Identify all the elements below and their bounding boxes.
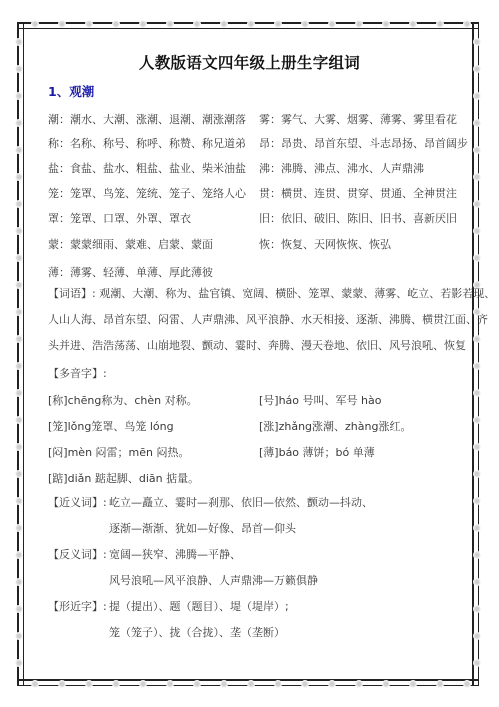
border-dot-icon (473, 92, 481, 100)
border-dot-icon (15, 443, 23, 451)
polyphonic-entry: [称]chēng称为、chèn 对称。 (48, 392, 198, 408)
border-dot-icon (473, 659, 481, 667)
border-dot-icon (15, 173, 23, 181)
border-dot-icon (436, 680, 444, 688)
border-dot-icon (355, 20, 363, 28)
border-dot-icon (473, 578, 481, 586)
border-dot-icon (473, 416, 481, 424)
border-dot-icon (473, 335, 481, 343)
antonyms-line: 宽阔—狭窄、沸腾—平静、 (109, 546, 241, 562)
border-dot-icon (409, 680, 417, 688)
border-dot-icon (15, 470, 23, 478)
border-dot-icon (473, 497, 481, 505)
border-dot-icon (139, 680, 147, 688)
border-dot-icon (473, 200, 481, 208)
page-title: 人教版语文四年级上册生字组词 (0, 51, 499, 73)
char-entry: 称：名称、称号、称呼、称赞、称兄道弟 (48, 135, 246, 151)
antonyms-line: 风号浪吼—风平浪静、人声鼎沸—万籁俱静 (109, 572, 318, 588)
border-dot-icon (473, 119, 481, 127)
border-dot-icon (473, 38, 481, 46)
border-dot-icon (166, 20, 174, 28)
polyphonic-entry: [踮]diǎn 踮起脚、diān 掂量。 (48, 470, 199, 486)
border-dot-icon (436, 20, 444, 28)
border-dot-icon (473, 362, 481, 370)
border-dot-icon (112, 20, 120, 28)
border-dot-icon (463, 680, 471, 688)
synonyms-line: 逐渐—渐渐、犹如—好像、昂首—仰头 (109, 520, 296, 536)
char-entry: 罩：笼罩、口罩、外罩、罩衣 (48, 210, 191, 226)
border-dot-icon (112, 680, 120, 688)
border-dot-icon (274, 20, 282, 28)
polyphonic-entry: [涨]zhǎng涨潮、zhàng涨红。 (259, 418, 411, 434)
border-dot-icon (473, 146, 481, 154)
border-dot-icon (382, 20, 390, 28)
border-dot-icon (15, 308, 23, 316)
border-dot-icon (473, 632, 481, 640)
similar-chars-line: 笼（笼子）、拢（合拢）、垄（垄断） (109, 624, 285, 640)
border-dot-icon (301, 680, 309, 688)
char-entry: 沸：沸腾、沸点、沸水、人声鼎沸 (259, 160, 424, 176)
polyphonic-entry: [号]háo 号叫、军号 hào (259, 392, 381, 408)
border-dot-icon (166, 680, 174, 688)
border-dot-icon (15, 605, 23, 613)
char-entry: 潮：潮水、大潮、涨潮、退潮、潮涨潮落 (48, 111, 246, 127)
border-dot-icon (15, 389, 23, 397)
border-dot-icon (473, 524, 481, 532)
border-dot-icon (15, 362, 23, 370)
border-dot-icon (193, 20, 201, 28)
border-dot-icon (247, 680, 255, 688)
char-entry: 蒙：蒙蒙细雨、蒙难、启蒙、蒙面 (48, 236, 213, 252)
border-dot-icon (15, 416, 23, 424)
vocabulary-line: 【词语】: 观潮、大潮、称为、盐官镇、宽阔、横卧、笼罩、蒙蒙、薄雾、屹立、若影若… (48, 281, 468, 307)
border-dot-icon (382, 680, 390, 688)
border-dot-icon (473, 443, 481, 451)
vocabulary-paragraph: 【词语】: 观潮、大潮、称为、盐官镇、宽阔、横卧、笼罩、蒙蒙、薄雾、屹立、若影若… (48, 281, 468, 359)
vocabulary-line: 人山人海、昂首东望、闷雷、人声鼎沸、风平浪静、水天相接、逐渐、沸腾、横贯江面、齐 (48, 307, 468, 333)
border-dot-icon (473, 470, 481, 478)
border-dot-icon (58, 680, 66, 688)
polyphonic-entry: [闷]mèn 闷雷；mēn 闷热。 (48, 444, 190, 460)
border-dot-icon (15, 38, 23, 46)
border-dot-icon (58, 20, 66, 28)
border-dot-icon (15, 551, 23, 559)
border-dot-icon (473, 173, 481, 181)
border-dot-icon (31, 20, 39, 28)
border-dot-icon (15, 578, 23, 586)
char-entry: 笼：笼罩、鸟笼、笼统、笼子、笼络人心 (48, 185, 246, 201)
border-dot-icon (15, 200, 23, 208)
border-dot-icon (409, 20, 417, 28)
char-entry: 盐：食盐、盐水、粗盐、盐业、柴米油盐 (48, 160, 246, 176)
border-dot-icon (247, 20, 255, 28)
border-dot-icon (463, 20, 471, 28)
border-dot-icon (220, 680, 228, 688)
border-dot-icon (473, 227, 481, 235)
char-entry: 雾：雾气、大雾、烟雾、薄雾、雾里看花 (259, 111, 457, 127)
border-dot-icon (31, 680, 39, 688)
border-dot-icon (15, 497, 23, 505)
border-dot-icon (15, 227, 23, 235)
char-entry: 昂：昂贵、昂首东望、斗志昂扬、昂首阔步 (259, 135, 468, 151)
border-dot-icon (328, 20, 336, 28)
border-dot-icon (139, 20, 147, 28)
border-dot-icon (15, 524, 23, 532)
border-dot-icon (15, 335, 23, 343)
synonyms-line: 屹立—矗立、霎时—刹那、依旧—依然、颤动—抖动、 (109, 494, 373, 510)
border-dot-icon (15, 659, 23, 667)
border-dot-icon (301, 20, 309, 28)
char-entry: 薄：薄雾、轻薄、单薄、厚此薄彼 (48, 264, 213, 280)
border-dot-icon (85, 20, 93, 28)
border-dot-icon (15, 281, 23, 289)
border-dot-icon (15, 254, 23, 262)
synonyms-label: 【近义词】: (48, 494, 107, 510)
border-dot-icon (473, 551, 481, 559)
section-heading: 1、观潮 (48, 82, 94, 100)
border-dot-icon (193, 680, 201, 688)
char-entry: 贯：横贯、连贯、贯穿、贯通、全神贯注 (259, 185, 457, 201)
similar-chars-line: 提（提出）、题（题目）、堤（堤岸）; (109, 598, 289, 614)
border-dot-icon (15, 119, 23, 127)
border-dot-icon (274, 680, 282, 688)
border-dot-icon (15, 632, 23, 640)
polyphonic-label: 【多音字】: (48, 365, 107, 381)
border-dot-icon (473, 254, 481, 262)
border-dot-icon (85, 680, 93, 688)
vocabulary-line: 头并进、浩浩荡荡、山崩地裂、颤动、霎时、奔腾、漫天卷地、依旧、风号浪吼、恢复 (48, 333, 468, 359)
border-dot-icon (15, 92, 23, 100)
char-entry: 恢：恢复、天网恢恢、恢弘 (259, 236, 391, 252)
border-dot-icon (15, 146, 23, 154)
border-dot-icon (220, 20, 228, 28)
border-dot-icon (355, 680, 363, 688)
border-dot-icon (473, 605, 481, 613)
border-dot-icon (473, 389, 481, 397)
border-dot-icon (328, 680, 336, 688)
polyphonic-entry: [薄]báo 薄饼；bó 单薄 (259, 444, 375, 460)
antonyms-label: 【反义词】: (48, 546, 107, 562)
similar-chars-label: 【形近字】: (48, 598, 107, 614)
char-entry: 旧：依旧、破旧、陈旧、旧书、喜新厌旧 (259, 210, 457, 226)
polyphonic-entry: [笼]lǒng笼罩、鸟笼 lóng (48, 418, 174, 434)
